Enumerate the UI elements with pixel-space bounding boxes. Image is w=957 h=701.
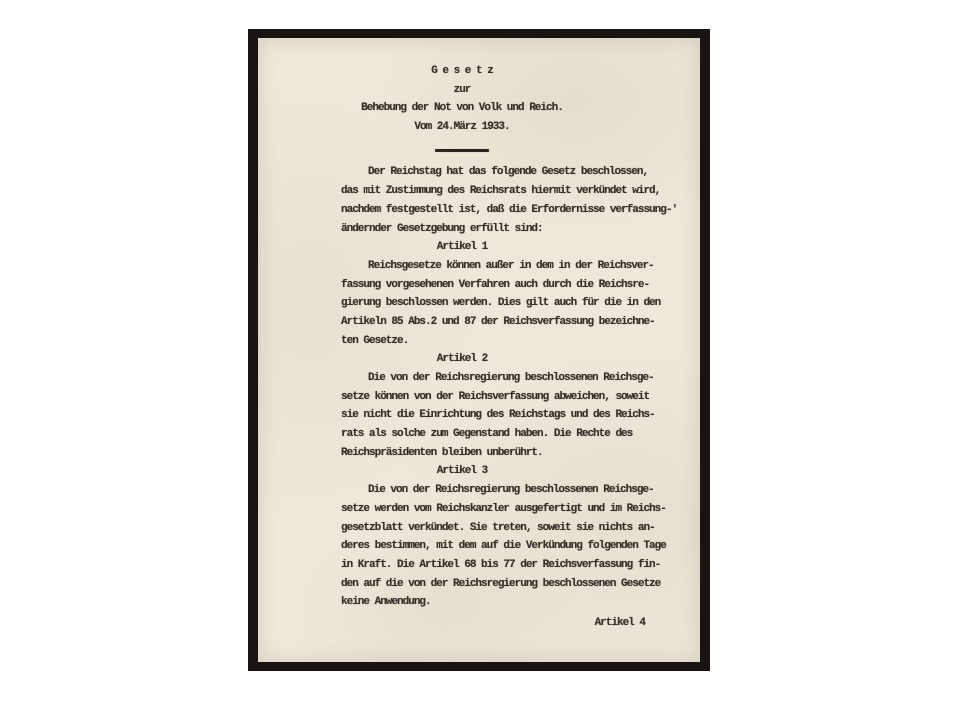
document-line: gierung beschlossen werden. Dies gilt au… — [341, 294, 663, 313]
article-heading: Artikel 2 — [341, 350, 663, 369]
article-heading: Artikel 3 — [341, 462, 663, 481]
article-heading: Artikel 1 — [341, 238, 663, 257]
document-line: Der Reichstag hat das folgende Gesetz be… — [341, 163, 663, 182]
document-line: das mit Zustimmung des Reichsrats hiermi… — [341, 182, 663, 201]
document-line: ten Gesetze. — [341, 332, 663, 351]
separator-rule — [341, 141, 663, 160]
document-line: setze werden vom Reichskanzler ausgefert… — [341, 500, 663, 519]
document-line: Die von der Reichsregierung beschlossene… — [341, 369, 663, 388]
document-line: Reichsgesetze können außer in dem in der… — [341, 257, 663, 276]
document-line: deres bestimmen, mit dem auf die Verkünd… — [341, 537, 663, 556]
document-line: fassung vorgesehenen Verfahren auch durc… — [341, 276, 663, 295]
document-line: Artikeln 85 Abs.2 und 87 der Reichsverfa… — [341, 313, 663, 332]
document-line: G e s e t z — [341, 62, 663, 81]
document-line: Behebung der Not von Volk und Reich. — [341, 99, 663, 118]
document-text: G e s e t zzurBehebung der Not von Volk … — [341, 62, 663, 633]
photo-frame: G e s e t zzurBehebung der Not von Volk … — [248, 29, 710, 671]
document-line: den auf die von der Reichsregierung besc… — [341, 575, 663, 594]
document-line: gesetzblatt verkündet. Sie treten, sowei… — [341, 519, 663, 538]
document-line: keine Anwendung. — [341, 593, 663, 612]
document-line: ändernder Gesetzgebung erfüllt sind: — [341, 220, 663, 239]
document-line: Artikel 4 — [341, 614, 663, 633]
document-line: rats als solche zum Gegenstand haben. Di… — [341, 425, 663, 444]
document-line: Vom 24.März 1933. — [341, 118, 663, 137]
document-line: setze können von der Reichsverfassung ab… — [341, 388, 663, 407]
screenshot-canvas: G e s e t zzurBehebung der Not von Volk … — [0, 0, 957, 701]
document-line: zur — [341, 81, 663, 100]
document-line: in Kraft. Die Artikel 68 bis 77 der Reic… — [341, 556, 663, 575]
document-line: nachdem festgestellt ist, daß die Erford… — [341, 201, 663, 220]
horizontal-rule-mark — [435, 149, 489, 152]
document-line: Reichspräsidenten bleiben unberührt. — [341, 444, 663, 463]
document-paper: G e s e t zzurBehebung der Not von Volk … — [258, 38, 700, 662]
document-line: Die von der Reichsregierung beschlossene… — [341, 481, 663, 500]
document-line: sie nicht die Einrichtung des Reichstags… — [341, 406, 663, 425]
